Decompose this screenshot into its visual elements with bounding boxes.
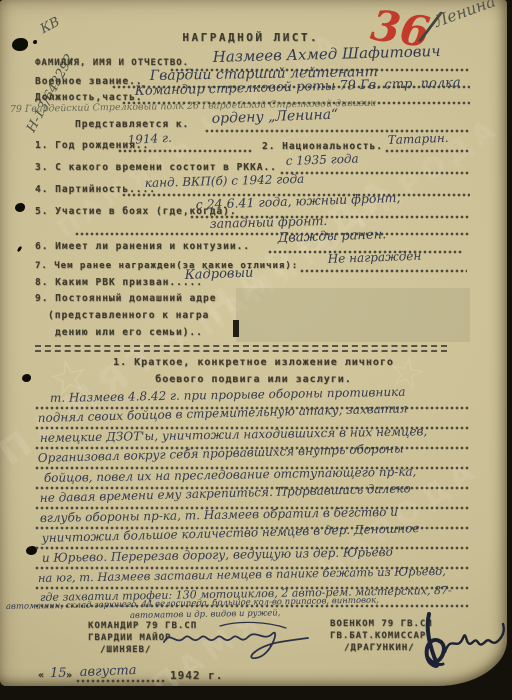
- field-name-label: ФАМИЛИЯ, ИМЯ И ОТЧЕСТВО.: [35, 58, 189, 68]
- item-party-value: канд. ВКП(б) с 1942 года: [145, 172, 305, 190]
- date-day: 15: [50, 666, 67, 681]
- ink-blot: [33, 40, 37, 44]
- ink-blot: [12, 38, 28, 51]
- dotted-line: [280, 171, 470, 175]
- body-line: поднял своих бойцов в стремительную атак…: [38, 401, 408, 425]
- date-open-quote: «: [38, 670, 45, 681]
- item-drafted-by-value: Кадровый: [184, 266, 253, 283]
- item-birth-year-value: 1914 г.: [127, 131, 172, 147]
- commander-surname: /ШИНЯЕВ/: [100, 645, 151, 655]
- commander-signature: [160, 612, 310, 667]
- item-rkka-label: 3. С какого времени состоит в РККА..: [35, 162, 277, 173]
- item-battles-value2: западный фронт.: [210, 213, 328, 231]
- field-award-value: ордену „Ленина“: [211, 107, 338, 127]
- item-wounds-label: 6. Имеет ли ранения и контузии..: [35, 241, 250, 252]
- item-address-label-line1: 9. Постоянный домашний адре: [35, 293, 216, 304]
- section-heading-line1: 1. Краткое, конкретное изложение личного: [113, 357, 394, 368]
- body-line: не давая времени ему закрепиться. Прорва…: [40, 481, 411, 505]
- body-line: Организовал вокруг себя прорвавшихся вну…: [38, 441, 404, 465]
- redacted-address-area: [236, 288, 470, 342]
- item-nationality-value: Татарин.: [388, 131, 449, 147]
- document-title: НАГРАДНОЙ ЛИСТ.: [182, 31, 319, 44]
- archive-kv-mark: КВ: [38, 15, 62, 37]
- dotted-line: [75, 232, 470, 236]
- item-drafted-by-label: 8. Каким РВК призван.....: [35, 277, 203, 288]
- dotted-line: [300, 269, 467, 273]
- item-prior-awards-value: Не награжден: [328, 249, 422, 266]
- commissar-title-line2: ГВ.БАТ.КОМИССАР: [330, 631, 426, 641]
- ink-blot: [15, 203, 25, 212]
- item-rkka-value: с 1935 года: [286, 151, 359, 168]
- commissar-signature: [415, 606, 507, 670]
- section-heading-line2: боевого подвига или заслуги.: [155, 374, 352, 385]
- body-line: уничтожил большое количество немцев в де…: [42, 521, 420, 545]
- item-address-label-line2: (представленного к награ: [48, 310, 209, 321]
- scanned-award-sheet: ПАМЯТЬ НАРОДА ПАМЯТЬ НАРОДА ПАМЯТЬ НАРОД…: [0, 0, 512, 700]
- pen-mark: [17, 246, 23, 253]
- field-name-value: Назмеев Ахмед Шафитович: [213, 42, 441, 66]
- commander-title-line2: ГВАРДИИ МАЙОР: [88, 633, 171, 643]
- item-address-label-line3: дению или его семьи)..: [55, 327, 203, 338]
- item-wounds-value: Дважды ранен.: [277, 227, 386, 246]
- item-prior-awards-label: 7. Чем ранее награжден(за какие отличия)…: [35, 261, 298, 271]
- ink-bar-mark: [233, 320, 239, 337]
- paper-sheet: ПАМЯТЬ НАРОДА ПАМЯТЬ НАРОДА ПАМЯТЬ НАРОД…: [0, 0, 507, 686]
- commissar-surname: /ДРАГУНКИН/: [344, 643, 415, 653]
- date-close-quote: »: [66, 670, 73, 681]
- dotted-line: [385, 149, 470, 153]
- date-year: 1942 г.: [170, 669, 223, 682]
- date-month: августа: [79, 663, 136, 680]
- section-divider: [35, 345, 447, 352]
- pencil-award-note: Ленина: [432, 0, 498, 31]
- dotted-line: [118, 149, 253, 153]
- field-award-label: Представляется к.: [75, 119, 189, 130]
- ink-blot: [22, 374, 31, 382]
- item-nationality-label: 2. Национальность.: [262, 141, 383, 152]
